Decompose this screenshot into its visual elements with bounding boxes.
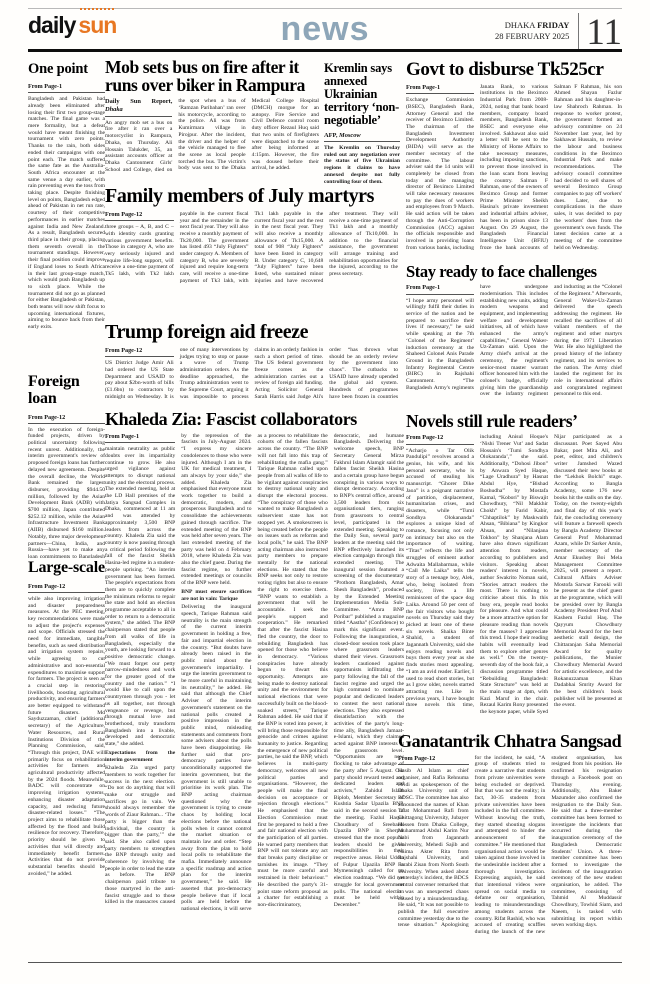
article-khaleda-zia: Khaleda Zia: Fascist collaborators From … [105,410,404,958]
article-govt-disburse: Govt to disburse Tk525cr From Page-1 Exc… [406,60,622,260]
dateline-city: DHAKA [505,20,535,30]
article-headline: Ganatantrik Chhatra Sangsad [398,732,622,751]
article-body-part1: maintain neutrality as public doubts ove… [105,446,175,747]
article-title: Large-scale [28,560,105,577]
article-headline: Khaleda Zia: Fascist collaborators [105,410,404,429]
article-subhead-2: BNP must ensure sacrifices are not in va… [181,589,251,602]
byline: AFP, Moscow [324,132,400,142]
article-headline: Govt to disburse Tk525cr [406,60,622,80]
from-page-line: From Page-12 [105,347,174,357]
byline-place: Dhaka [105,106,123,113]
article-body: Bangladesh and Pakistan had already been… [28,96,105,366]
article-body: In the execution of foreign-funded proje… [28,427,105,558]
article-title: Foreign loan [28,374,105,408]
page-number-divider [578,13,579,51]
article-stay-ready: Stay ready to face challenges From Page-… [406,263,622,411]
article-trump-aid: Trump foreign aid freeze From Page-12 US… [105,322,398,410]
article-body: three groups – A, B, and C – with identi… [105,211,398,284]
from-page-line: From Page-1 [28,83,105,93]
article-body: Exchange Commission (BSEC), Bangladesh B… [406,84,622,251]
article-large-scale: Large-scale From Page-12 while also impr… [28,560,105,952]
from-page-line: From Page-12 [406,434,474,444]
article-body: while also improving irrigation and disa… [28,596,105,948]
article-foreign-loan: Foreign loan From Page-12 In the executi… [28,374,105,558]
byline-name: AFP, [324,132,337,139]
article-headline: Stay ready to face challenges [406,263,622,280]
footer-rule [28,962,622,963]
dateline-date: 28 FEBRUARY 2025 [495,31,569,41]
from-page-line: From Page-1 [406,84,474,94]
article-headline: Mob sets bus on fire after it runs over … [105,58,319,94]
from-page-line: From Page-1 [406,284,474,294]
from-page-line: From Page-12 [105,211,174,221]
article-body: “Acharjo o Tar Olik Pandulipi” revolves … [406,434,622,715]
byline: Daily Sun Report, Dhaka [105,98,172,116]
article-headline: Kremlin says annexed Ukrainian territory… [324,62,400,127]
article-one-point: One point From Page-1 Bangladesh and Pak… [28,62,105,370]
article-subhead-1: Expectations from the interim government [105,750,175,763]
page-number: 11 [586,13,622,51]
article-body: “I hope army personnel will willingly fu… [406,284,622,397]
from-page-line: From Page-12 [28,414,105,424]
article-headline: Trump foreign aid freeze [105,322,398,343]
article-mob-bus-fire: Mob sets bus on fire after it runs over … [105,58,319,184]
dateline: DHAKA FRIDAY 28 FEBRUARY 2025 [495,13,569,51]
from-page-line: From Page-12 [28,583,105,593]
article-title: One point [28,62,105,77]
byline-name: Daily Sun Report, [105,98,172,105]
article-novels: Novels still rule readers’ From Page-12 … [406,412,622,730]
article-family-martyrs: Family members of July martyrs From Page… [105,186,398,320]
byline-place: Moscow [337,132,360,139]
article-ganatantrik: Ganatantrik Chhatra Sangsad From Page-12… [398,732,622,958]
header-top-rule [28,8,622,9]
article-headline: Family members of July martyrs [105,186,398,207]
dateline-day: FRIDAY [537,20,569,30]
newspaper-page: dailysun news DHAKA FRIDAY 28 FEBRUARY 2… [0,0,650,984]
article-headline: Novels still rule readers’ [406,412,622,430]
article-body: Hasib Al Islam as chief organiser, and R… [398,755,622,935]
date-page-block: DHAKA FRIDAY 28 FEBRUARY 2025 11 [495,13,622,51]
header-bottom-rule [28,49,622,52]
from-page-line: From Page-1 [105,433,175,443]
from-page-line: From Page-12 [398,755,469,765]
